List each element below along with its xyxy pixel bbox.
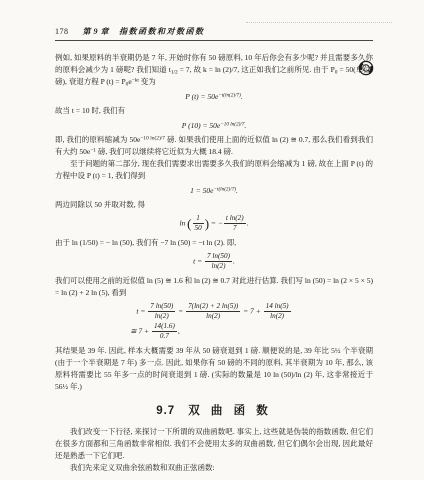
fraction-numerator: 7 ln(50): [148, 302, 175, 311]
fraction-denominator: 50: [193, 223, 204, 233]
equation-text: .: [241, 92, 243, 101]
equation-text: =: [176, 307, 185, 316]
equation-text: 1 = 50e: [190, 186, 213, 195]
fraction-denominator: 7: [224, 223, 246, 233]
fraction: 14 ln(5)ln(2): [264, 302, 291, 320]
equation-line-2: ≅ 7 + 14(1.6)0.7,: [55, 323, 373, 341]
fraction-numerator: 14 ln(5): [264, 302, 291, 311]
paragraph-estimate: 我们可以使用之前的近似值 ln (5) ≅ 1.6 和 ln (2) ≅ 0.7…: [55, 275, 373, 299]
section-title: 双 曲 函 数: [188, 405, 272, 417]
fraction-numerator: 7 ln(50): [205, 252, 232, 261]
equation-estimate-chain: t = 7 ln(50)ln(2) = 7(ln(2) + 2 ln(5))ln…: [55, 303, 373, 341]
equation-p10: P (10) = 50e−10 ln(2)/7.: [55, 120, 373, 131]
equation-exponent: −10 ln(2)/7: [220, 122, 244, 128]
fraction-numerator: t ln(2): [224, 214, 246, 223]
fraction: 7(ln(2) + 2 ln(5))ln(2): [186, 302, 240, 320]
book-page-scan: 178 第 9 章 指数函数和对数函数 例如, 如果原料的半衰期仍是 7 年, …: [0, 0, 424, 480]
text-run: = 7, 故 k = ln (2)/7, 这正如我们之前所见. 由于 P: [178, 65, 335, 74]
equation-text: P (t) = 50e: [185, 92, 218, 101]
paragraph-approximation: 即, 我们的原料缩减为 50e−10 ln(2)/7 磅. 如果我们使用上面的近…: [55, 134, 373, 158]
fraction-denominator: ln(2): [264, 311, 291, 321]
equation-text: ≅ 7 +: [130, 327, 151, 336]
page-number: 178: [55, 27, 69, 36]
paragraph-result-39-years: 其结果是 39 年. 因此, 样本大概需要 39 年从 50 磅衰退到 1 磅.…: [55, 345, 373, 393]
subscript-half-life: 1/2: [171, 69, 178, 75]
equation-text: t =: [193, 257, 204, 266]
equation-t-solution: t = 7 ln(50)ln(2).: [55, 253, 373, 271]
section-heading: 9.7双 曲 函 数: [55, 405, 373, 417]
fraction: 7 ln(50)ln(2): [148, 302, 175, 320]
equation-decay-formula: P (t) = 50e−t(ln(2)/7).: [55, 91, 373, 102]
fraction: 150: [193, 214, 204, 232]
fraction-numerator: 7(ln(2) + 2 ln(5)): [186, 302, 240, 311]
fraction-denominator: 0.7: [152, 331, 177, 341]
fraction-denominator: ln(2): [148, 311, 175, 321]
superscript-exponent: −10 ln(2)/7: [140, 136, 165, 142]
equation-text: P (10) = 50e: [182, 121, 220, 130]
equation-exponent: −t(ln(2)/7): [218, 93, 241, 99]
fraction: t ln(2)7: [224, 214, 246, 232]
paragraph-divide-both-sides: 两边同除以 50 并取对数, 得: [55, 199, 373, 211]
paragraph-since-ln: 由于 ln (1/50) = − ln (50), 我们有 −7 ln (50)…: [55, 237, 373, 249]
equation-exponent: −t(ln(2)/7): [214, 187, 237, 193]
text-run: 磅, 我们可以继续将它近似为大概 18.4 磅.: [96, 147, 233, 156]
left-paren: (: [187, 216, 191, 231]
section-number: 9.7: [156, 405, 175, 417]
equation-line-1: t = 7 ln(50)ln(2) = 7(ln(2) + 2 ln(5))ln…: [55, 303, 373, 321]
equation-text: t =: [136, 307, 147, 316]
equation-text: = 7 +: [241, 307, 262, 316]
body-text: 例如, 如果原料的半衰期仍是 7 年, 开始时你有 50 磅原料, 10 年后你…: [55, 52, 373, 474]
superscript-exponent: −kt: [132, 78, 139, 84]
equation-one-equals: 1 = 50e−t(ln(2)/7).: [55, 185, 373, 196]
fraction-numerator: 14(1.6): [152, 322, 177, 331]
chapter-label: 第 9 章: [83, 26, 110, 37]
equation-text: .: [244, 121, 246, 130]
text-run: 变为: [139, 77, 156, 86]
fraction: 7 ln(50)ln(2): [205, 252, 232, 270]
paragraph-define-cosh-sinh: 我们先来定义双曲余弦函数和双曲正弦函数:: [55, 462, 373, 474]
right-paren: ): [205, 216, 209, 231]
paragraph-when-t10: 故当 t = 10 时, 我们有: [55, 105, 373, 117]
equation-log-both-sides: ln (150) = −t ln(2)7.: [55, 215, 373, 233]
running-head: 178 第 9 章 指数函数和对数函数: [55, 26, 373, 41]
page-content: 178 第 9 章 指数函数和对数函数 例如, 如果原料的半衰期仍是 7 年, …: [55, 26, 373, 474]
chapter-title: 指数函数和对数函数: [119, 26, 205, 37]
text-run: 即, 我们的原料缩减为 50e: [55, 135, 140, 144]
fraction: 14(1.6)0.7: [152, 322, 177, 340]
equation-text: = −: [211, 219, 223, 228]
equation-text: .: [233, 257, 235, 266]
equation-text: ,: [178, 327, 180, 336]
equation-function: ln: [179, 219, 185, 228]
paragraph-second-part: 至于问题的第二部分, 现在我们需要求出需要多久我们的原料会缩减为 1 磅, 故在…: [55, 158, 373, 182]
equation-text: .: [247, 219, 249, 228]
scan-artifact-line: [246, 22, 392, 23]
paragraph-hyperbolic-intro: 我们改变一下行径, 来探讨一下所谓的双曲函数吧. 事实上, 这些就是伪装的指数函…: [55, 426, 373, 462]
paragraph-decay-example: 例如, 如果原料的半衰期仍是 7 年, 开始时你有 50 磅原料, 10 年后你…: [55, 52, 373, 88]
equation-text: .: [236, 186, 238, 195]
fraction-denominator: ln(2): [205, 261, 232, 271]
fraction-numerator: 1: [193, 214, 204, 223]
fraction-denominator: ln(2): [186, 311, 240, 321]
